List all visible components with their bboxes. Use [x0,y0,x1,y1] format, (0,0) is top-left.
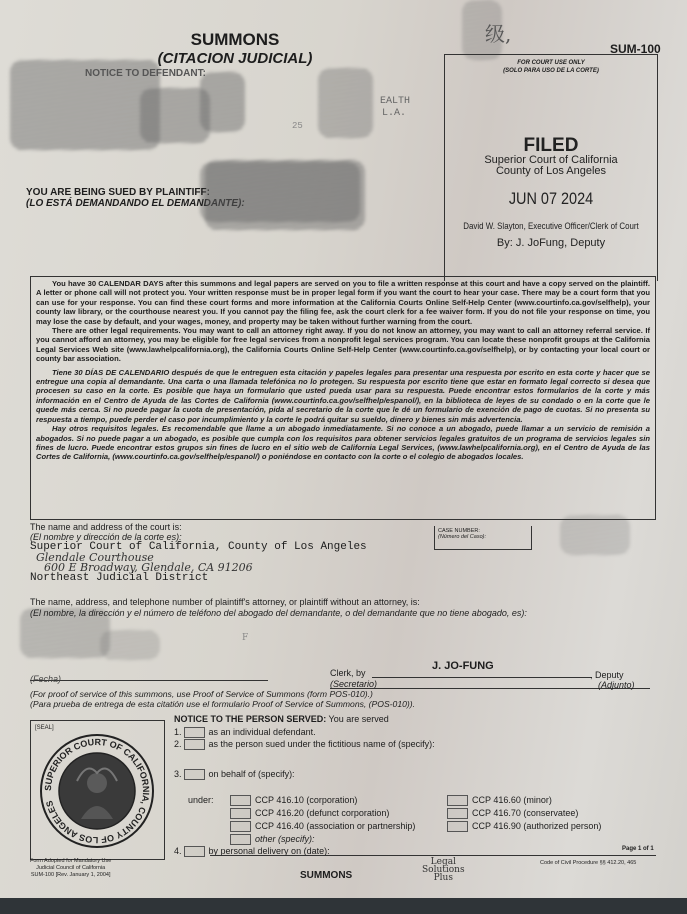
redaction-mark [318,68,373,138]
served-option-2: 2.as the person sued under the fictitiou… [174,739,435,750]
footer-title: SUMMONS [300,870,352,881]
stamp-clerk: David W. Slayton, Executive Officer/Cler… [458,221,645,231]
served-heading-rest: You are served [326,714,389,724]
clerk-name: J. JO-FUNG [432,660,494,672]
checkbox-on-behalf-of[interactable] [184,769,205,780]
notice-en-lead: You have 30 CALENDAR DAYS [52,279,164,288]
attorney-label-es: (El nombre, la dirección y el número de … [30,608,527,619]
stamp-court-line2: County of Los Angeles [445,166,657,177]
checkbox-individual[interactable] [184,727,205,738]
judicial-district: Northeast Judicial District [30,573,367,584]
seal-box: [SEAL] SUPERIOR COURT OF CALIFORNIA, COU… [30,720,165,860]
deputy-label: , Deputy [590,670,624,680]
case-number-box: CASE NUMBER: (Número del Caso): [434,526,532,550]
attorney-label: The name, address, and telephone number … [30,597,527,608]
footer-form-info: Form Adopted for Mandatory Use Judicial … [30,858,111,879]
court-use-label-es: (SOLO PARA USO DE LA CORTE) [445,67,657,75]
served-option-1: 1.as an individual defendant. [174,727,316,738]
case-number-label-es: (Número del Caso): [438,534,528,540]
redaction-mark [205,160,365,230]
court-use-box: FOR COURT USE ONLY (SOLO PARA USO DE LA … [444,54,658,281]
served-option-3: 3.on behalf of (specify): [174,769,295,780]
filed-text: FILED [445,137,657,155]
checkbox-other[interactable] [230,834,251,845]
date-label: (Fecha) [30,674,61,684]
redaction-mark [560,515,630,555]
checkbox-personal-delivery[interactable] [184,846,205,857]
defendant-fragment-2: L.A. [382,108,406,119]
ccp-other: other (specify): [228,834,315,845]
checkbox-fictitious-name[interactable] [184,739,205,750]
notice-es-lead: Tiene 30 DÍAS DE CALENDARIO [52,368,169,377]
legal-solutions-logo: Legal Solutions Plus [422,858,465,882]
proof-en: (For proof of service of this summons, u… [30,689,415,699]
proof-of-service-note: (For proof of service of this summons, u… [30,689,415,709]
redaction-mark [200,72,245,132]
served-heading: NOTICE TO THE PERSON SERVED: [174,714,326,724]
divider [210,855,656,856]
handwritten-mark: 级, [485,18,511,47]
filed-date: JUN 07 2024 [461,189,641,209]
ccp-416-10: CCP 416.10 (corporation) [228,795,357,806]
checkbox-ccp-416-70[interactable] [447,808,468,819]
ccp-416-40: CCP 416.40 (association or partnership) [228,821,415,832]
ccp-416-70: CCP 416.70 (conservatee) [445,808,578,819]
footer-code-reference: Code of Civil Procedure §§ 412.20, 465 [540,860,636,866]
redaction-mark [100,630,160,660]
background-surface [0,898,687,914]
ccp-416-90: CCP 416.90 (authorized person) [445,821,601,832]
court-use-label: FOR COURT USE ONLY [445,59,657,67]
ccp-416-60: CCP 416.60 (minor) [445,795,552,806]
checkbox-ccp-416-10[interactable] [230,795,251,806]
checkbox-ccp-416-60[interactable] [447,795,468,806]
court-address-section: The name and address of the court is: (E… [30,522,367,584]
notice-text-box: You have 30 CALENDAR DAYS after this sum… [30,276,656,520]
checkbox-ccp-416-20[interactable] [230,808,251,819]
ccp-416-20: CCP 416.20 (defunct corporation) [228,808,389,819]
court-seal-icon: SUPERIOR COURT OF CALIFORNIA, COUNTY OF … [31,721,164,859]
notice-es-p2: Hay otros requisitos legales. Es recomen… [36,424,650,462]
defendant-fragment-3: 25 [292,121,303,132]
clerk-by-label: Clerk, by [330,668,366,678]
attorney-fragment: F [242,633,248,643]
notice-to-person-served: NOTICE TO THE PERSON SERVED: You are ser… [174,714,389,725]
checkbox-ccp-416-90[interactable] [447,821,468,832]
notice-en-p2: There are other legal requirements. You … [36,326,650,364]
attorney-section: The name, address, and telephone number … [30,597,527,619]
under-label: under: [188,795,214,805]
proof-es: (Para prueba de entrega de esta citatión… [30,699,415,709]
court-address-label: The name and address of the court is: [30,522,367,532]
document-title: SUMMONS (CITACION JUDICIAL) [150,30,320,67]
filed-stamp: FILED Superior Court of California Count… [445,137,657,249]
page-number: Page 1 of 1 [622,846,654,852]
title-summons: SUMMONS [150,30,320,50]
stamp-deputy: By: J. JoFung, Deputy [445,237,657,249]
notice-to-defendant-label: NOTICE TO DEFENDANT: [85,68,206,79]
adjunto-label: (Adjunto) [598,680,635,690]
title-citacion: (CITACION JUDICIAL) [150,50,320,67]
checkbox-ccp-416-40[interactable] [230,821,251,832]
defendant-fragment-1: EALTH [380,96,410,107]
